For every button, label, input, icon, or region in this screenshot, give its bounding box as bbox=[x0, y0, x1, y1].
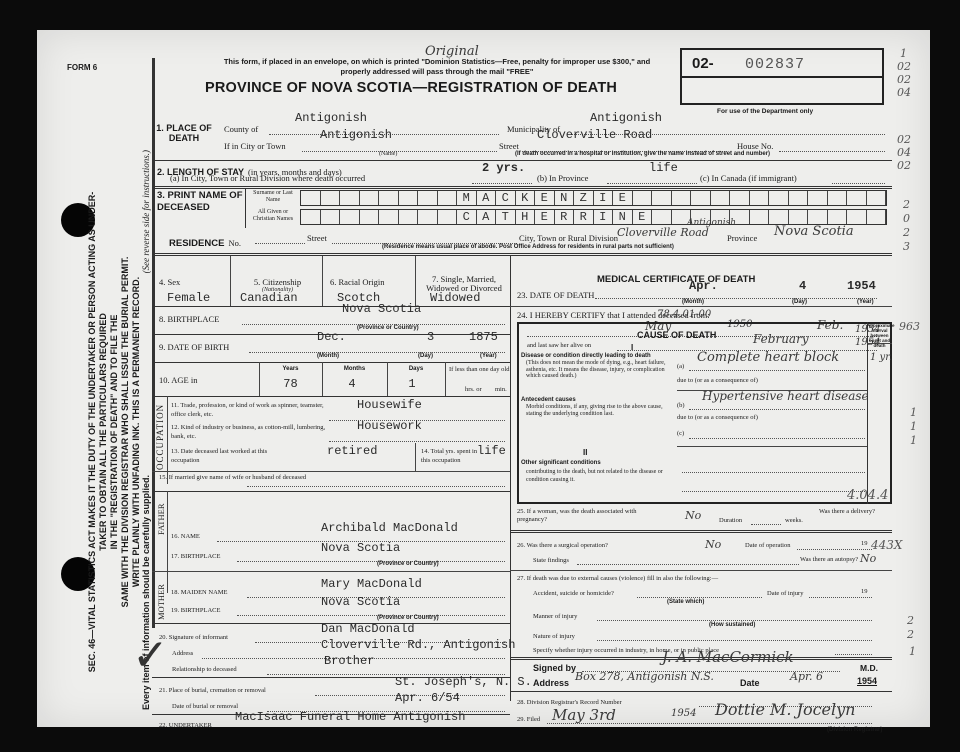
q12-label: 12. Kind of industry or business, as cot… bbox=[171, 423, 326, 441]
letter-cell bbox=[652, 191, 672, 205]
birthplace-hint: (Province or Country) bbox=[357, 325, 419, 331]
dob-line bbox=[249, 341, 505, 353]
divider bbox=[152, 306, 510, 307]
letter-cell bbox=[847, 210, 867, 224]
residence-city-annotation: Antigonish bbox=[687, 218, 736, 228]
q20-label: 20. Signature of informant bbox=[159, 634, 228, 641]
cause-a-label: (a) bbox=[677, 363, 684, 370]
duration-line bbox=[751, 515, 781, 525]
divider bbox=[677, 446, 867, 447]
q26-label: 26. Was there a surgical operation? bbox=[517, 542, 608, 549]
letter-cell: M bbox=[457, 191, 477, 205]
marital-status-value: Widowed bbox=[430, 291, 480, 305]
age-label: 10. AGE in bbox=[159, 375, 198, 385]
accident-line bbox=[637, 588, 762, 598]
other-line-2 bbox=[682, 482, 865, 492]
part-1-label: I bbox=[631, 343, 633, 352]
original-annotation: Original bbox=[425, 44, 479, 59]
death-date-line bbox=[595, 289, 877, 299]
given-label: All Given or Christian Names bbox=[249, 209, 297, 223]
divider bbox=[510, 530, 892, 533]
letter-cell: N bbox=[613, 210, 633, 224]
death-day: 4 bbox=[799, 279, 806, 293]
margin-code: 1 bbox=[909, 645, 916, 658]
city-label: If in City or Town bbox=[224, 141, 286, 151]
margin-code: 1 bbox=[900, 47, 907, 60]
letter-cell bbox=[633, 191, 653, 205]
letter-cell bbox=[360, 191, 380, 205]
residence-province-value: Nova Scotia bbox=[774, 224, 854, 239]
cause-a-value: Complete heart block bbox=[697, 350, 839, 365]
mailing-note: This form, if placed in an envelope, on … bbox=[217, 57, 657, 77]
md-label: M.D. bbox=[860, 663, 878, 673]
findings-line bbox=[577, 555, 799, 565]
q13-label: 13. Date deceased last worked at this oc… bbox=[171, 447, 281, 465]
antecedent-hint: Morbid conditions, if any, giving rise t… bbox=[526, 404, 674, 418]
letter-cell: E bbox=[535, 191, 555, 205]
letter-cell: K bbox=[516, 191, 536, 205]
divider bbox=[152, 396, 510, 397]
given-names-grid: CATHERRINE bbox=[300, 209, 887, 225]
divider bbox=[230, 256, 231, 306]
day-hint: (Day) bbox=[418, 353, 433, 359]
burial-date: Apr. 6/54 bbox=[395, 691, 460, 705]
q29-label: 29. Filed bbox=[517, 716, 540, 723]
municipality-value: Antigonish bbox=[590, 111, 662, 125]
letter-cell bbox=[321, 210, 341, 224]
margin-code: 2 bbox=[903, 198, 910, 211]
letter-cell: T bbox=[496, 210, 516, 224]
margin-code: 1 bbox=[910, 406, 917, 419]
letter-cell bbox=[691, 191, 711, 205]
letter-cell: R bbox=[555, 210, 575, 224]
sex-label: 4. Sex bbox=[159, 277, 180, 287]
informant-address-label: Address bbox=[172, 650, 193, 657]
death-year: 1954 bbox=[847, 279, 876, 293]
q11-value: Housewife bbox=[357, 398, 422, 412]
stay-province-label: (b) In Province bbox=[537, 173, 588, 183]
house-line bbox=[779, 140, 885, 152]
q23-label: 23. DATE OF DEATH bbox=[517, 290, 594, 300]
divider bbox=[445, 362, 446, 396]
margin-code: 4.04.4 bbox=[847, 488, 888, 503]
department-box: 02- 002837 bbox=[680, 48, 884, 105]
letter-cell: R bbox=[574, 210, 594, 224]
hrs-label: hrs. or bbox=[465, 386, 482, 393]
registration-prefix: 02- bbox=[692, 55, 714, 72]
cause-c-line bbox=[689, 429, 865, 439]
citizenship-value: Canadian bbox=[240, 291, 298, 305]
physician-signature: J. A. MacCormick bbox=[662, 648, 794, 666]
year-hint: (Year) bbox=[857, 299, 874, 305]
letter-cell: Z bbox=[574, 191, 594, 205]
letter-cell bbox=[379, 210, 399, 224]
relation-label: Relationship to deceased bbox=[172, 666, 237, 673]
relation-line bbox=[267, 665, 505, 675]
divider bbox=[415, 443, 416, 471]
letter-cell bbox=[418, 210, 438, 224]
other-conditions-hint: contributing to the death, but not relat… bbox=[526, 468, 674, 484]
letter-cell bbox=[769, 191, 789, 205]
q15-line bbox=[247, 481, 505, 487]
page-title: PROVINCE OF NOVA SCOTIA—REGISTRATION OF … bbox=[205, 80, 617, 96]
residence-province-label: Province bbox=[727, 233, 757, 243]
margin-code: 2 bbox=[907, 628, 914, 641]
cause-b-value: Hypertensive heart disease bbox=[702, 389, 869, 403]
letter-cell bbox=[867, 210, 887, 224]
letter-cell bbox=[652, 210, 672, 224]
part-1-title: Disease or condition directly leading to… bbox=[521, 353, 651, 359]
margin-code: 963 bbox=[899, 320, 920, 333]
department-note: For use of the Department only bbox=[717, 108, 813, 115]
death-month: Apr. bbox=[689, 279, 718, 293]
medical-heading: MEDICAL CERTIFICATE OF DEATH bbox=[597, 274, 755, 285]
letter-cell: A bbox=[477, 210, 497, 224]
letter-cell bbox=[808, 210, 828, 224]
residence-no-line bbox=[255, 232, 305, 244]
margin-code: 2 bbox=[903, 226, 910, 239]
margin-code: 1 bbox=[910, 420, 917, 433]
mother-side-label: MOTHER bbox=[156, 584, 166, 620]
birthplace-label: 8. BIRTHPLACE bbox=[159, 314, 219, 324]
other-conditions-label: Other significant conditions bbox=[521, 460, 601, 466]
residence-street-label: Street bbox=[307, 233, 327, 243]
letter-cell: C bbox=[457, 210, 477, 224]
country-hint: (Province or Country) bbox=[377, 615, 439, 621]
year-prefix: 19 bbox=[861, 588, 868, 595]
mother-name: Mary MacDonald bbox=[321, 577, 422, 591]
where-line bbox=[835, 645, 872, 655]
q14-value: life bbox=[477, 444, 506, 458]
year-hint: (Year) bbox=[480, 353, 497, 359]
city-value: Antigonish bbox=[320, 128, 392, 142]
sex-value: Female bbox=[167, 291, 210, 305]
letter-cell bbox=[418, 191, 438, 205]
margin-code: 02 bbox=[897, 73, 911, 86]
stay-canada-line bbox=[832, 172, 885, 184]
surname-label: Surname or Last Name bbox=[249, 190, 297, 204]
column-divider bbox=[510, 256, 511, 701]
surname-grid: MACKENZIE bbox=[300, 190, 887, 206]
margin-code: 04 bbox=[897, 86, 911, 99]
filed-year: 1954 bbox=[671, 708, 696, 719]
year-prefix: 19 bbox=[861, 540, 868, 547]
q25-label: 25. If a woman, was the death associated… bbox=[517, 508, 657, 524]
q19-label: 19. BIRTHPLACE bbox=[171, 607, 220, 614]
duration-label: Duration bbox=[719, 517, 742, 524]
letter-cell bbox=[711, 191, 731, 205]
age-days: 1 bbox=[387, 377, 437, 391]
letter-cell bbox=[301, 191, 321, 205]
stay-province-value: life bbox=[649, 161, 678, 175]
divider bbox=[510, 570, 892, 571]
cause-c-label: (c) bbox=[677, 430, 684, 437]
divider bbox=[322, 256, 323, 306]
letter-cell bbox=[438, 210, 458, 224]
letter-cell bbox=[828, 191, 848, 205]
residence-row: RESIDENCE No. bbox=[169, 233, 241, 251]
q22-label: 22. UNDERTAKER bbox=[159, 722, 212, 729]
divider bbox=[152, 471, 510, 472]
print-name-label: 3. PRINT NAME OF DECEASED bbox=[157, 190, 250, 214]
letter-cell: I bbox=[594, 191, 614, 205]
letter-cell bbox=[808, 191, 828, 205]
signed-by-label: Signed by bbox=[533, 663, 576, 673]
margin-code: 02 bbox=[897, 60, 911, 73]
other-line-1 bbox=[682, 463, 865, 473]
father-side-label: FATHER bbox=[156, 504, 166, 536]
interval-a-value: 1 yr. bbox=[870, 352, 892, 363]
letter-cell: E bbox=[633, 210, 653, 224]
q11-label: 11. Trade, profession, or kind of work a… bbox=[171, 401, 326, 419]
place-of-death-label: 1. PLACE OF DEATH bbox=[155, 123, 213, 143]
part-1-hint: (This does not mean the mode of dying, e… bbox=[526, 360, 674, 380]
years-label: Years bbox=[259, 366, 322, 372]
margin-code: 0 bbox=[903, 212, 910, 225]
informant-name: Dan MacDonald bbox=[321, 622, 415, 636]
dob-day: 3 bbox=[427, 330, 434, 344]
residence-city-label: City, Town or Rural Division bbox=[519, 233, 618, 243]
month-hint: (Month) bbox=[682, 299, 704, 305]
father-birthplace: Nova Scotia bbox=[321, 541, 400, 555]
burial-place: St. Joseph's, N. S. bbox=[395, 675, 532, 689]
dob-year: 1875 bbox=[469, 330, 498, 344]
street-value: Cloverville Road bbox=[537, 128, 652, 142]
cause-heading: CAUSE OF DEATH bbox=[637, 330, 716, 340]
pregnancy-value: No bbox=[685, 509, 701, 522]
registrar-signature: Dottie M. Jocelyn bbox=[715, 700, 855, 719]
stay-city-label: (a) In City, Town or Rural Division wher… bbox=[170, 173, 365, 183]
margin-code: 02 bbox=[897, 159, 911, 172]
father-name: Archibald MacDonald bbox=[321, 521, 458, 535]
margin-code: 2 bbox=[907, 614, 914, 627]
street-label: Street bbox=[499, 141, 519, 151]
divider bbox=[415, 256, 416, 306]
racial-origin-label: 6. Racial Origin bbox=[330, 277, 385, 287]
county-label: County of bbox=[224, 124, 258, 134]
letter-cell bbox=[789, 210, 809, 224]
q28-label: 28. Division Registrar's Record Number bbox=[517, 699, 622, 706]
letter-cell bbox=[730, 191, 750, 205]
signed-year: 1954 bbox=[857, 676, 877, 686]
letter-cell bbox=[750, 210, 770, 224]
manner-line bbox=[597, 611, 872, 621]
op-date-label: Date of operation bbox=[745, 542, 790, 549]
state-which-hint: (State which) bbox=[667, 599, 704, 605]
citizenship-label: 5. Citizenship bbox=[235, 277, 320, 287]
occupation-side-label: OCCUPATION bbox=[155, 404, 165, 470]
country-hint: (Province or Country) bbox=[377, 561, 439, 567]
q13-value: retired bbox=[327, 444, 377, 458]
findings-label: State findings bbox=[533, 557, 569, 564]
letter-cell bbox=[672, 191, 692, 205]
letter-cell bbox=[399, 210, 419, 224]
informant-address: Cloverville Rd., Antigonish bbox=[321, 638, 515, 652]
letter-cell bbox=[379, 191, 399, 205]
letter-cell: I bbox=[594, 210, 614, 224]
month-hint: (Month) bbox=[317, 353, 339, 359]
autopsy-value: No bbox=[860, 552, 876, 565]
q16-label: 16. NAME bbox=[171, 533, 200, 540]
letter-cell: C bbox=[496, 191, 516, 205]
margin-code: 02 bbox=[897, 133, 911, 146]
divider bbox=[152, 186, 892, 189]
q17-label: 17. BIRTHPLACE bbox=[171, 553, 220, 560]
letter-cell: E bbox=[613, 191, 633, 205]
checkmark-icon: ✓ bbox=[132, 630, 169, 681]
letter-cell bbox=[750, 191, 770, 205]
letter-cell bbox=[438, 191, 458, 205]
burial-date-label: Date of burial or removal bbox=[172, 703, 238, 710]
dob-label: 9. DATE OF BIRTH bbox=[159, 342, 229, 352]
stay-canada-label: (c) In Canada (if immigrant) bbox=[700, 173, 797, 183]
age-years: 78 bbox=[259, 377, 322, 391]
weeks-label: weeks. bbox=[785, 517, 803, 524]
divider bbox=[510, 691, 892, 692]
letter-cell bbox=[789, 191, 809, 205]
side-instructions: SEC. 46—VITAL STATISTICS ACT MAKES IT TH… bbox=[87, 152, 142, 712]
cause-b-label: (b) bbox=[677, 402, 685, 409]
letter-cell: A bbox=[477, 191, 497, 205]
registration-number: 002837 bbox=[745, 56, 805, 73]
letter-cell bbox=[340, 191, 360, 205]
divider bbox=[152, 491, 510, 492]
due-to-label: due to (or as a consequence of) bbox=[677, 414, 758, 421]
how-sustained-hint: (How sustained) bbox=[709, 622, 755, 628]
interval-heading: Approximate interval between onset and d… bbox=[867, 323, 892, 348]
injury-date-label: Date of injury bbox=[767, 590, 803, 597]
signed-date-label: Date bbox=[740, 678, 760, 688]
county-value: Antigonish bbox=[295, 111, 367, 125]
days-label: Days bbox=[387, 366, 445, 372]
dob-month: Dec. bbox=[317, 330, 346, 344]
antecedent-label: Antecedent causes bbox=[521, 397, 576, 403]
due-to-label: due to (or as a consequence of) bbox=[677, 377, 758, 384]
margin-code: 443X bbox=[871, 538, 902, 552]
signed-date: Apr. 6 bbox=[790, 670, 823, 683]
divider bbox=[867, 322, 868, 504]
nature-label: Nature of injury bbox=[533, 633, 575, 640]
mother-birthplace: Nova Scotia bbox=[321, 595, 400, 609]
age-months: 4 bbox=[322, 377, 382, 391]
stay-city-value: 2 yrs. bbox=[482, 161, 525, 175]
side-footer: Every item of information should be care… bbox=[141, 150, 151, 710]
delivery-label: Was there a delivery? bbox=[819, 508, 879, 516]
q21-label: 21. Place of burial, cremation or remova… bbox=[159, 687, 266, 694]
letter-cell bbox=[847, 191, 867, 205]
day-hint: (Day) bbox=[792, 299, 807, 305]
residence-note: (Residence means usual place of abode. P… bbox=[382, 244, 674, 250]
letter-cell bbox=[828, 210, 848, 224]
q12-value: Housework bbox=[357, 419, 422, 433]
less-than-day-label: If less than one day old bbox=[449, 366, 509, 373]
margin-code: 3 bbox=[903, 240, 910, 253]
registrar-label: (Division Registrar) bbox=[827, 727, 882, 733]
divider bbox=[152, 253, 892, 256]
accident-label: Accident, suicide or homicide? bbox=[533, 590, 614, 597]
letter-cell bbox=[301, 210, 321, 224]
name-hint: (Name) bbox=[379, 151, 397, 157]
death-registration-form: FORM 6 SEC. 46—VITAL STATISTICS ACT MAKE… bbox=[37, 30, 930, 727]
house-label: House No. bbox=[737, 141, 773, 151]
min-label: min. bbox=[495, 386, 507, 393]
letter-cell: E bbox=[535, 210, 555, 224]
letter-cell bbox=[399, 191, 419, 205]
physician-address: Box 278, Antigonish N.S. bbox=[575, 670, 714, 683]
divider bbox=[167, 491, 168, 593]
margin-code: 04 bbox=[897, 146, 911, 159]
letter-cell bbox=[321, 191, 341, 205]
divider bbox=[152, 571, 510, 572]
physician-address-label: Address bbox=[533, 678, 569, 688]
q14-label: 14. Total yrs. spent in this occupation bbox=[421, 447, 481, 465]
q18-label: 18. MAIDEN NAME bbox=[171, 589, 228, 596]
residence-street-line bbox=[332, 232, 517, 244]
form-number: FORM 6 bbox=[67, 63, 97, 72]
letter-cell bbox=[867, 191, 887, 205]
letter-cell bbox=[769, 210, 789, 224]
q27-label: 27. If death was due to external causes … bbox=[517, 575, 718, 582]
autopsy-label: Was there an autopsy? bbox=[800, 556, 858, 563]
left-rule bbox=[152, 58, 155, 628]
letter-cell bbox=[340, 210, 360, 224]
letter-cell: N bbox=[555, 191, 575, 205]
operation-value: No bbox=[705, 538, 721, 551]
part-2-label: II bbox=[583, 448, 587, 457]
divider bbox=[245, 188, 246, 228]
hospital-note: (If death occurred in a hospital or inst… bbox=[515, 151, 770, 157]
margin-code: 1 bbox=[910, 434, 917, 447]
manner-label: Manner of injury bbox=[533, 613, 577, 620]
undertaker-value: MacIsaac Funeral Home Antigonish bbox=[235, 710, 465, 724]
relation-value: Brother bbox=[324, 654, 374, 668]
nature-line bbox=[597, 631, 872, 641]
birthplace-value: Nova Scotia bbox=[342, 302, 421, 316]
letter-cell bbox=[360, 210, 380, 224]
months-label: Months bbox=[322, 366, 387, 372]
divider bbox=[510, 306, 892, 307]
letter-cell: H bbox=[516, 210, 536, 224]
divider bbox=[152, 362, 510, 363]
